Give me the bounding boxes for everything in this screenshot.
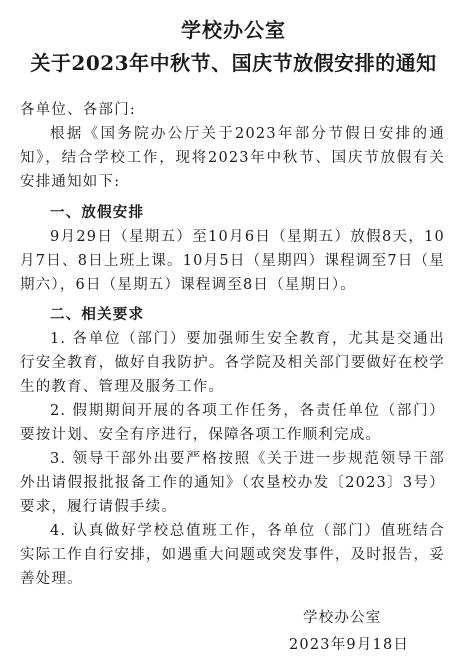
requirement-item: 1. 各单位（部门）要加强师生安全教育，尤其是交通出行安全教育，做好自我防护。各… — [20, 327, 445, 399]
section-requirements: 二、相关要求 1. 各单位（部门）要加强师生安全教育，尤其是交通出行安全教育，做… — [20, 303, 445, 591]
intro-paragraph: 根据《国务院办公厅关于2023年部分节假日安排的通知》，结合学校工作，现将202… — [20, 122, 445, 194]
section-heading: 一、放假安排 — [20, 201, 445, 225]
requirement-item: 3. 领导干部外出要严格按照《关于进一步规范领导干部外出请假报批报备工作的通知》… — [20, 447, 445, 519]
document-body: 各单位、各部门: 根据《国务院办公厅关于2023年部分节假日安排的通知》，结合学… — [20, 98, 445, 194]
document-title: 关于2023年中秋节、国庆节放假安排的通知 — [0, 47, 467, 76]
requirement-item: 2. 假期期间开展的各项工作任务，各责任单位（部门）要按计划、安全有序进行，保障… — [20, 399, 445, 447]
salutation: 各单位、各部门: — [20, 98, 445, 122]
section-paragraph: 9月29日（星期五）至10月6日（星期五）放假8天，10月7日、8日上班上课。1… — [20, 225, 445, 297]
issuer-title: 学校办公室 — [0, 14, 467, 43]
signature-issuer: 学校办公室 — [303, 606, 382, 627]
signature-date: 2023年9月18日 — [289, 633, 409, 654]
section-heading: 二、相关要求 — [20, 303, 445, 327]
requirement-item: 4. 认真做好学校总值班工作，各单位（部门）值班结合实际工作自行安排，如遇重大问… — [20, 519, 445, 591]
section-holiday-arrangement: 一、放假安排 9月29日（星期五）至10月6日（星期五）放假8天，10月7日、8… — [20, 201, 445, 297]
